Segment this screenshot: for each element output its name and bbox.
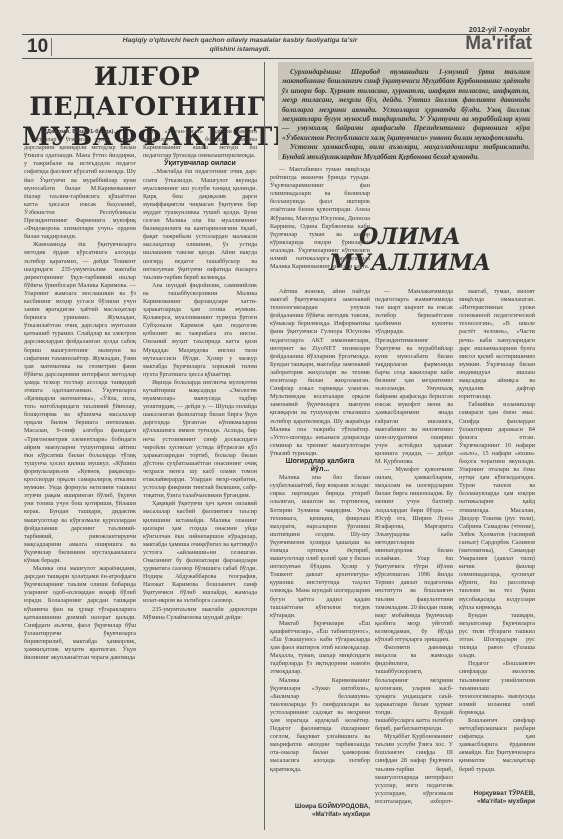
article1-column-3-top: — Мактабимиз туман миқёсида рейтингда ик…	[270, 166, 370, 284]
paragraph: ...Мактабда ёш педагогнинг очиқ дарс соа…	[143, 168, 257, 281]
subhead-line2: йўл...	[311, 466, 329, 473]
paragraph: Айтиш жоизки, айни пайтда мактаб ўқитувч…	[270, 288, 370, 458]
paragraph: — Мукофот қувончини оилам, ҳамкасбларим,…	[375, 466, 453, 644]
paragraph: — Мамлакатимизда педагогларга жамиятимиз…	[375, 288, 453, 466]
paragraph: мактаб, туман, вилоят миқёсида оммалашга…	[459, 288, 535, 401]
byline-role: «Ma'rifat» мухбири	[270, 811, 370, 819]
lead-paragraph: Сурхондарёнинг Шеробод туманидаги 1-умум…	[282, 68, 530, 143]
paragraph: Бошланғич синфлар методбирлашмаси раҳбар…	[459, 717, 535, 774]
paragraph: Педагог «Бошланғич синфларда экологик та…	[459, 660, 535, 717]
subhead-teachers-family: Ўқитувчилар оиласи	[143, 160, 257, 168]
article2-column-2: мактаб, туман, вилоят миқёсида оммалашга…	[459, 288, 535, 778]
newspaper-brand: Ma'rifat	[430, 33, 532, 55]
paragraph: Ана шундай фидойилик, самимийлик ва таша…	[143, 282, 257, 379]
page-number-divider	[51, 38, 52, 56]
lead-paragraph: Устозни ҳамкасблари, оила аъзолари, маҳа…	[282, 143, 530, 160]
paragraph: Мактаб ўқувчилари «Ёш қашфиётчилар», «Ёш…	[270, 620, 370, 677]
continuation-note: (Давоми. Боши 1-бетда).	[24, 128, 136, 136]
header-motto: Haqiqiy o'qituvchi hech qachon oilaviy m…	[120, 37, 360, 54]
paragraph: Табиийки изланишлар самараси ҳам ёмон эм…	[459, 401, 535, 611]
article2-column-1: — Мамлакатимизда педагогларга жамиятимиз…	[375, 288, 453, 808]
paragraph: Ҳақиқий ўқитувчи ҳеч қачон оилавий масал…	[143, 500, 257, 605]
paragraph: Яқинда болаларда инглизча мулоқотни куча…	[143, 379, 257, 500]
paragraph: Бундан ташқари, меҳнатсевар ўқувчиларга …	[459, 612, 535, 661]
paragraph: Фаолияти давомида маҳалла ва жамоада фид…	[375, 644, 453, 733]
paragraph: — Мактабимиз туман миқёсида рейтингда ик…	[270, 166, 370, 271]
headline-line1: ИЛҒОР ПЕДАГОГНИНГ	[22, 62, 272, 122]
article-divider	[264, 62, 265, 830]
paragraph: 235-умумтаълим мактаби директори Мўмина …	[143, 606, 257, 622]
newspaper-page: 2012-yil 7-noyabr 10 Haqiqiy o'qituvchi …	[0, 0, 563, 839]
paragraph: Устозлар ўгитига қулоқ тутиб, дарсларини…	[24, 136, 136, 241]
paragraph: Жамоамизда ёш ўқитувчиларга методик ёрда…	[24, 241, 136, 565]
paragraph: Малика опа биз билан суҳбатлашаётиб, бир…	[270, 474, 370, 620]
article1-byline: Шоира БОЙМУРОДОВА, «Ma'rifat» мухбири	[270, 803, 370, 819]
paragraph: Малика опа машғулот жараёнидами, дарсдан…	[24, 565, 136, 662]
byline-name: Шоира БОЙМУРОДОВА,	[270, 803, 370, 811]
byline-role: «Ma'rifat» мухбири	[455, 798, 535, 806]
paragraph: га «Ўрган-ўргат» тадбири амалга оширилди…	[143, 128, 257, 160]
article1-column-1: (Давоми. Боши 1-бетда). Устозлар ўгитига…	[24, 128, 136, 828]
subhead-students-hearts: Шогирдлар қалбигайўл...	[270, 458, 370, 474]
paragraph: Муҳаббат Қурбонованинг таълим услуби ўзи…	[375, 733, 453, 808]
header-rule-bottom	[22, 58, 532, 59]
page-number: 10	[27, 36, 48, 58]
article2-lead-box: Сурхондарёнинг Шеробод туманидаги 1-умум…	[278, 62, 534, 160]
paragraph: Малика Каримованинг ўқувчилари «Зукко ки…	[270, 677, 370, 774]
article1-column-3: Айтиш жоизки, айни пайтда мактаб ўқитувч…	[270, 288, 370, 788]
byline-name: Норқувват ТЎРАЕВ,	[455, 790, 535, 798]
article1-column-2: га «Ўрган-ўргат» тадбири амалга оширилди…	[143, 128, 257, 828]
article2-byline: Норқувват ТЎРАЕВ, «Ma'rifat» мухбири	[455, 790, 535, 806]
subhead-line1: Шогирдлар қалбига	[286, 458, 355, 465]
